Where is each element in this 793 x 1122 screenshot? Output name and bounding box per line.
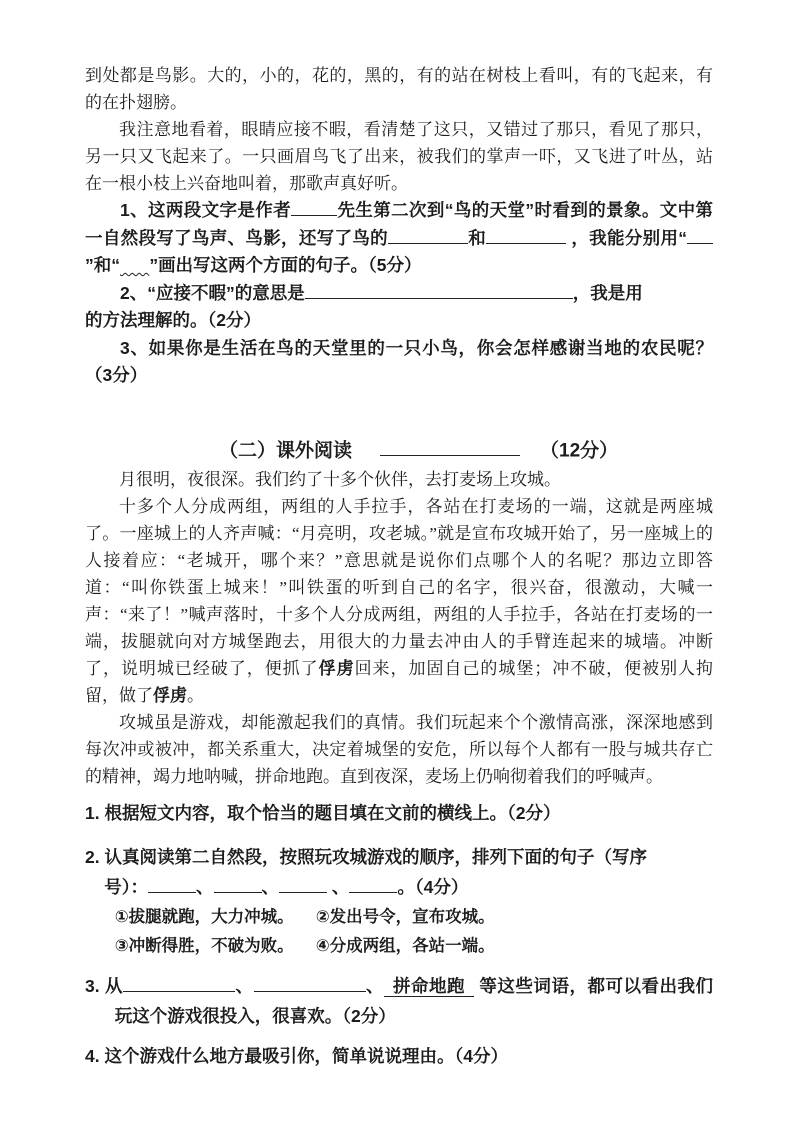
p2-bold-word-2: 俘虏 xyxy=(153,686,187,705)
s2q2-answer-blank-1 xyxy=(148,874,196,893)
passage1-paragraph-2: 我注意地看着，眼睛应接不暇，看清楚了这只，又错过了那只，看见了那只，另一只又飞起… xyxy=(85,116,713,197)
section-reading-1: 到处都是鸟影。大的，小的，花的，黑的，有的站在树枝上看叫，有的飞起来，有的在扑翅… xyxy=(85,62,713,390)
question-3: 3、如果你是生活在鸟的天堂里的一只小鸟，你会怎样感谢当地的农民呢？（3分） xyxy=(85,335,713,390)
s2q3-text-1: 3. 从 xyxy=(85,976,123,996)
s2q2-option-2: ②发出号令，宣布攻城。 xyxy=(316,903,713,932)
s2q3-sep-1: 、 xyxy=(235,976,254,996)
passage2-paragraph-2: 十多个人分成两组，两组的人手拉手，各站在打麦场的一端，这就是两座城了。一座城上的… xyxy=(85,493,713,709)
question-2-line-2: 的方法理解的。（2分） xyxy=(85,307,713,335)
q2-text-1: 2、“应接不暇”的意思是 xyxy=(120,283,305,303)
q1-answer-blank-2 xyxy=(486,225,566,244)
passage2-paragraph-1: 月很明，夜很深。我们约了十多个伙伴，去打麦场上攻城。 xyxy=(85,466,713,493)
q2-answer-blank xyxy=(305,280,573,299)
s2q2-options: ①拔腿就跑，大力冲城。 ②发出号令，宣布攻城。 ③冲断得胜，不破为败。 ④分成两… xyxy=(85,903,713,961)
s2q2-suffix: 。（4分） xyxy=(397,877,468,897)
s2q3-answer-blank-1 xyxy=(123,973,235,992)
p2-text-a: 十多个人分成两组，两组的人手拉手，各站在打麦场的一端，这就是两座城了。一座城上的… xyxy=(85,497,713,678)
p2-text-c: 。 xyxy=(187,686,204,705)
s2q2-answer-blank-4 xyxy=(349,874,397,893)
s2q2-answer-line: 号）：、、 、。（4分） xyxy=(85,872,713,903)
q1-text-4: ，我能分别用“ xyxy=(571,228,687,248)
p2-bold-word-1: 俘虏 xyxy=(319,659,355,678)
q1-text-3: 和 xyxy=(468,228,486,248)
section2-heading: （二）课外阅读（12分） xyxy=(219,436,713,466)
s2q2-option-1: ①拔腿就跑，大力冲城。 xyxy=(115,903,316,932)
q1-wavy-line-mark xyxy=(120,255,149,275)
s2q2-sep-2: 、 xyxy=(262,877,280,897)
section-reading-2: （二）课外阅读（12分） 月很明，夜很深。我们约了十多个伙伴，去打麦场上攻城。 … xyxy=(85,436,713,1071)
q1-text-1: 1、这两段文字是作者 xyxy=(120,200,291,220)
q1-answer-blank-author xyxy=(291,197,337,216)
s2q2-sep-3: 、 xyxy=(332,877,350,897)
exam-paper-page: 到处都是鸟影。大的，小的，花的，黑的，有的站在树枝上看叫，有的飞起来，有的在扑翅… xyxy=(0,0,793,1122)
q1-answer-blank-1 xyxy=(388,225,468,244)
title-answer-blank xyxy=(380,436,520,456)
section2-question-4: 4. 这个游戏什么地方最吸引你，简单说说理由。（4分） xyxy=(85,1041,713,1071)
q1-text-6: ”画出写这两个方面的句子。（5分） xyxy=(149,255,421,275)
s2q2-option-4: ④分成两组，各站一端。 xyxy=(316,932,713,961)
section2-question-1: 1. 根据短文内容，取个恰当的题目填在文前的横线上。（2分） xyxy=(85,798,713,828)
question-2: 2、“应接不暇”的意思是，我是用 xyxy=(85,280,713,308)
section2-question-3: 3. 从、、拼命地跑 等这些词语，都可以看出我们玩这个游戏很投入，很喜欢。（2分… xyxy=(85,971,713,1031)
s2q2-prefix: 号）： xyxy=(104,877,148,897)
s2q2-option-3: ③冲断得胜，不破为败。 xyxy=(115,932,316,961)
passage2-paragraph-3: 攻城虽是游戏，却能激起我们的真情。我们玩起来个个激情高涨，深深地感到每次冲或被冲… xyxy=(85,709,713,790)
s2q3-sep-2: 、 xyxy=(366,976,385,996)
s2q3-filled-answer: 拼命地跑 xyxy=(384,976,474,997)
s2q2-line-1: 2. 认真阅读第二自然段，按照玩攻城游戏的顺序，排列下面的句子（写序 xyxy=(85,842,713,872)
q1-straight-line-mark xyxy=(687,225,713,244)
s2q2-sep-1: 、 xyxy=(196,877,214,897)
s2q2-answer-blank-2 xyxy=(214,874,262,893)
section2-heading-score: （12分） xyxy=(540,440,618,461)
s2q3-answer-blank-2 xyxy=(254,973,366,992)
question-1: 1、这两段文字是作者先生第二次到“鸟的天堂”时看到的景象。文中第一自然段写了鸟声… xyxy=(85,197,713,280)
q1-text-5: ”和“ xyxy=(85,255,120,275)
section2-heading-label: （二）课外阅读 xyxy=(219,440,352,461)
s2q2-answer-blank-3 xyxy=(279,874,327,893)
s2q2-option-row-2: ③冲断得胜，不破为败。 ④分成两组，各站一端。 xyxy=(115,932,713,961)
section2-question-2: 2. 认真阅读第二自然段，按照玩攻城游戏的顺序，排列下面的句子（写序 号）：、、… xyxy=(85,842,713,961)
s2q2-option-row-1: ①拔腿就跑，大力冲城。 ②发出号令，宣布攻城。 xyxy=(115,903,713,932)
passage1-paragraph-1: 到处都是鸟影。大的，小的，花的，黑的，有的站在树枝上看叫，有的飞起来，有的在扑翅… xyxy=(85,62,713,116)
q2-text-2: ，我是用 xyxy=(573,283,643,303)
